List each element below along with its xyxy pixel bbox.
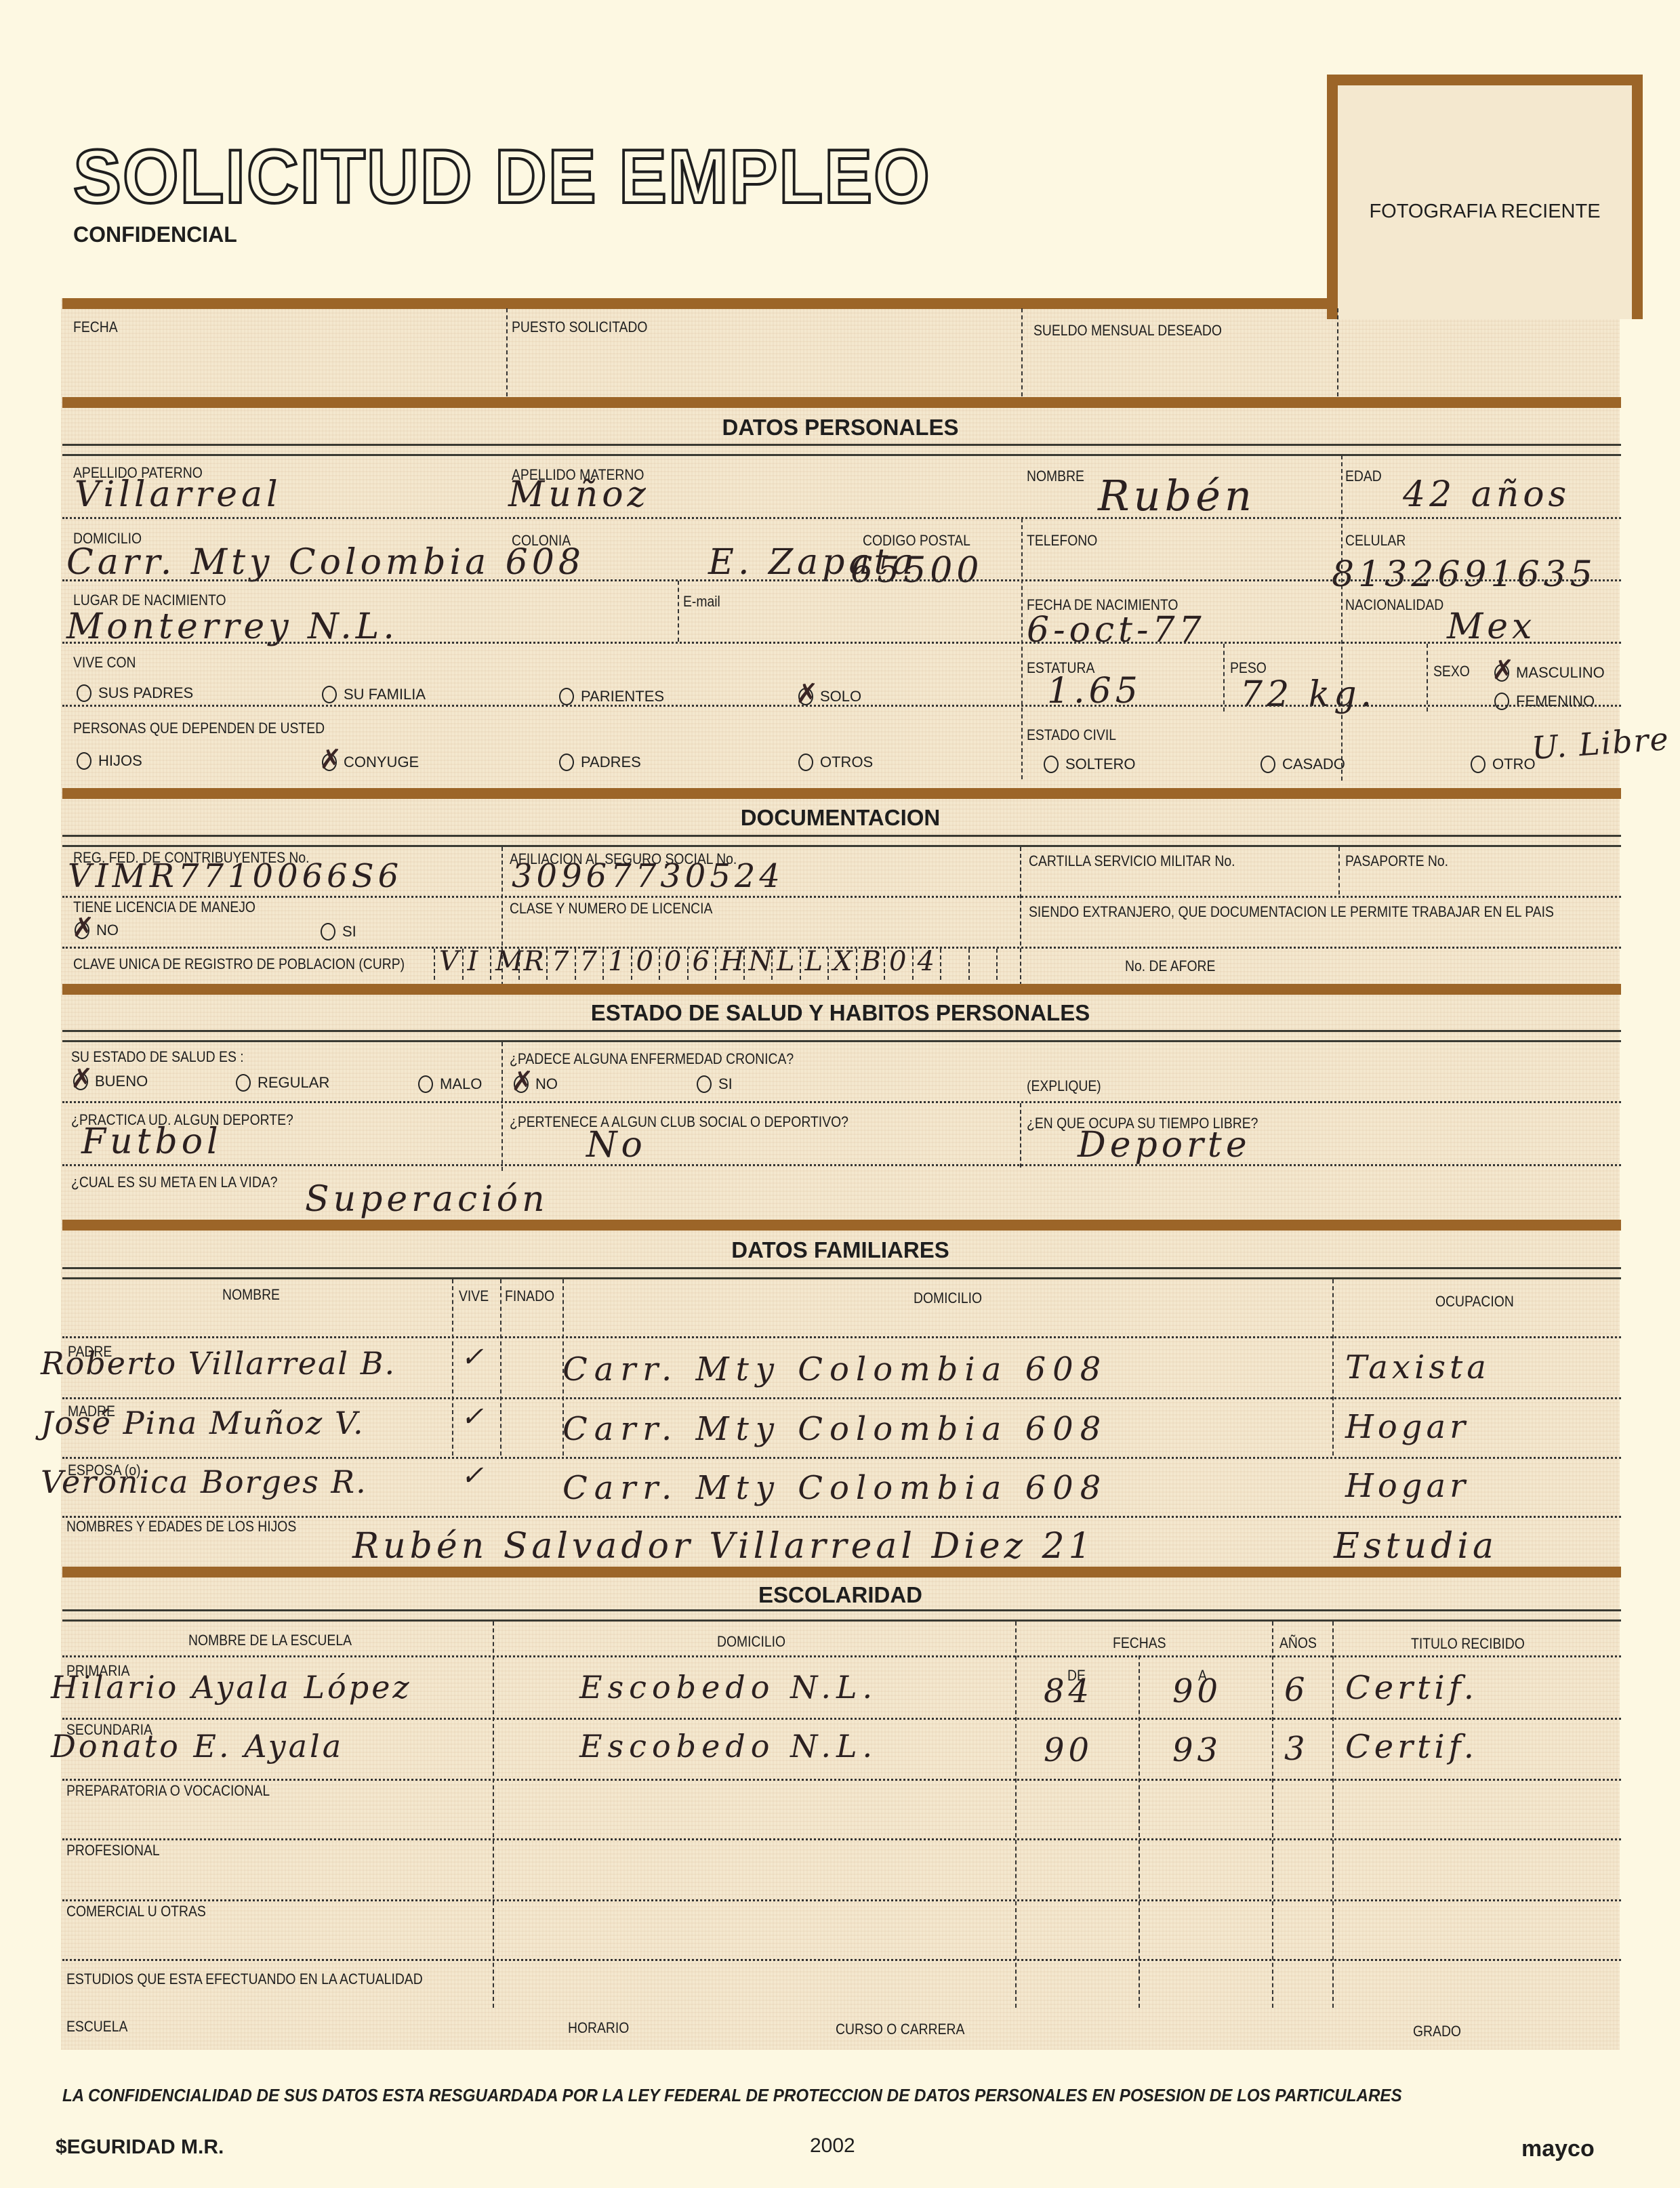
rule	[62, 1397, 1621, 1399]
hijos-label: NOMBRES Y EDADES DE LOS HIJOS	[66, 1518, 296, 1535]
familiar-nombre[interactable]: Roberto Villarreal B.	[41, 1345, 396, 1382]
radio-circle	[798, 754, 813, 771]
familiar-vive[interactable]: ✓	[461, 1401, 488, 1432]
divider	[678, 581, 679, 642]
pasaporte-label: PASAPORTE No.	[1345, 852, 1448, 870]
radio-casado[interactable]: CASADO	[1261, 756, 1345, 773]
band	[62, 788, 1621, 799]
rule	[62, 1164, 1621, 1166]
club-label: ¿PERTENECE A ALGUN CLUB SOCIAL O DEPORTI…	[510, 1113, 848, 1131]
estado-civil-label: ESTADO CIVIL	[1027, 726, 1116, 744]
curp-char: L	[777, 946, 795, 977]
curp-char: X	[833, 946, 852, 977]
colonia-label: COLONIA	[512, 532, 571, 550]
curp-cell[interactable]: N	[743, 949, 772, 980]
edad-label: EDAD	[1345, 468, 1382, 485]
radio-bueno[interactable]: BUENO	[73, 1073, 148, 1090]
extranjero-label: SIENDO EXTRANJERO, QUE DOCUMENTACION LE …	[1029, 903, 1554, 921]
col-domicilio: DOMICILIO	[914, 1289, 982, 1307]
divider	[452, 1279, 453, 1456]
radio-masculino[interactable]: MASCULINO	[1494, 664, 1605, 682]
apellido-materno-value[interactable]: Muñoz	[508, 474, 650, 515]
radio-label: REGULAR	[258, 1074, 329, 1092]
curp-char: 0	[889, 946, 906, 977]
divider	[1020, 1103, 1021, 1168]
confidentiality-notice: LA CONFIDENCIALIDAD DE SUS DATOS ESTA RE…	[62, 2085, 1402, 2106]
curp-cell[interactable]: 1	[602, 949, 631, 980]
divider	[1272, 1622, 1273, 2008]
titulo[interactable]: Certif.	[1345, 1669, 1478, 1707]
section-salud: ESTADO DE SALUD Y HABITOS PERSONALES	[61, 1000, 1620, 1026]
curp-char: 6	[693, 946, 710, 977]
deporte-value[interactable]: Futbol	[81, 1121, 222, 1162]
rule	[62, 1277, 1621, 1279]
fecha-a[interactable]: 90	[1172, 1672, 1222, 1710]
rule	[62, 835, 1621, 837]
familiar-domicilio[interactable]: Carr. Mty Colombia 608	[562, 1410, 1107, 1448]
radio-otros[interactable]: OTROS	[798, 754, 873, 771]
divider	[1332, 1279, 1334, 1456]
radio-enfermedad-si[interactable]: SI	[697, 1075, 733, 1093]
curp-cell[interactable]: I	[462, 949, 491, 980]
band-top	[62, 298, 1336, 309]
curp-cell[interactable]: R	[518, 949, 547, 980]
titulo[interactable]: Certif.	[1345, 1728, 1478, 1766]
radio-circle	[322, 686, 337, 703]
col-finado: FINADO	[505, 1287, 554, 1305]
radio-malo[interactable]: MALO	[418, 1075, 482, 1093]
rule	[62, 1959, 1621, 1961]
curp-cell[interactable]: M	[490, 949, 518, 980]
section-datos-personales: DATOS PERSONALES	[61, 415, 1620, 440]
celular-label: CELULAR	[1345, 532, 1406, 550]
nacionalidad-value[interactable]: Mex	[1447, 606, 1536, 647]
rule	[62, 1267, 1621, 1269]
divider	[1223, 644, 1225, 711]
rule	[62, 1101, 1621, 1103]
radio-licencia-no[interactable]: NO	[75, 922, 119, 939]
col-nombre: NOMBRE	[222, 1286, 280, 1304]
radio-parientes[interactable]: PARIENTES	[559, 688, 664, 705]
divider	[500, 1279, 501, 1456]
rule	[62, 1457, 1621, 1459]
rule	[62, 1838, 1621, 1840]
familiar-ocupacion[interactable]: Hogar	[1345, 1467, 1469, 1505]
vive-con-label: VIVE CON	[73, 654, 136, 672]
col-vive: VIVE	[459, 1287, 489, 1305]
radio-label: FEMENINO	[1516, 693, 1595, 710]
fecha-de[interactable]: 84	[1044, 1672, 1093, 1710]
curp-cell[interactable]	[968, 949, 997, 980]
radio-label: OTRO	[1492, 756, 1536, 773]
radio-circle-checked	[73, 1073, 88, 1090]
actual-label: ESTUDIOS QUE ESTA EFECTUANDO EN LA ACTUA…	[66, 1970, 423, 1988]
divider	[1427, 644, 1428, 711]
radio-label: NO	[535, 1075, 558, 1093]
radio-label: BUENO	[95, 1073, 148, 1090]
curp-char: 0	[636, 946, 653, 977]
radio-label: PARIENTES	[581, 688, 664, 705]
curp-char: N	[749, 946, 773, 977]
edad-value[interactable]: 42 años	[1403, 474, 1570, 515]
level-label: PREPARATORIA O VOCACIONAL	[66, 1782, 270, 1800]
fecha-de[interactable]: 90	[1044, 1731, 1093, 1769]
codigo-postal-value[interactable]: 65500	[851, 550, 983, 591]
rule	[62, 642, 1621, 644]
curp-cell[interactable]: B	[856, 949, 884, 980]
curp-cell[interactable]: H	[715, 949, 743, 980]
familiar-domicilio[interactable]: Carr. Mty Colombia 608	[562, 1469, 1107, 1507]
photo-label: FOTOGRAFIA RECIENTE	[1338, 201, 1632, 223]
estado-salud-label: SU ESTADO DE SALUD ES :	[71, 1048, 244, 1066]
radio-licencia-si[interactable]: SI	[321, 923, 356, 941]
fecha-label: FECHA	[73, 318, 118, 336]
nacionalidad-label: NACIONALIDAD	[1345, 596, 1443, 614]
curp-char: H	[720, 946, 744, 977]
radio-femenino[interactable]: FEMENINO	[1494, 693, 1595, 710]
curp-char: V	[439, 946, 459, 977]
explique-label: (EXPLIQUE)	[1027, 1077, 1101, 1095]
escuela-domicilio[interactable]: Escobedo N.L.	[579, 1669, 878, 1706]
escuela-domicilio[interactable]: Escobedo N.L.	[579, 1728, 878, 1764]
curp-label: CLAVE UNICA DE REGISTRO DE POBLACION (CU…	[73, 955, 405, 973]
curp-char: 4	[918, 946, 935, 977]
licencia-label: TIENE LICENCIA DE MANEJO	[73, 899, 255, 916]
col-fechas: FECHAS	[1113, 1634, 1166, 1652]
divider	[1015, 1622, 1017, 2008]
radio-circle	[321, 923, 335, 941]
rule	[62, 1718, 1621, 1720]
rfc-value[interactable]: VIMR7710066S6	[68, 857, 403, 895]
radio-label: CASADO	[1282, 756, 1345, 773]
radio-circle	[77, 684, 91, 702]
radio-label: HIJOS	[98, 752, 142, 770]
section-escolaridad: ESCOLARIDAD	[61, 1582, 1620, 1608]
radio-label: SU FAMILIA	[344, 686, 426, 703]
curp-char: 7	[580, 946, 597, 977]
section-familiares: DATOS FAMILIARES	[61, 1237, 1620, 1263]
escuela-nombre[interactable]: Donato E. Ayala	[51, 1728, 344, 1764]
actual-grado[interactable]: GRADO	[1413, 2023, 1461, 2040]
radio-enfermedad-no[interactable]: NO	[514, 1075, 558, 1093]
radio-circle	[1261, 756, 1275, 773]
radio-circle	[559, 688, 574, 705]
fecha-nacimiento-value[interactable]: 6-oct-77	[1027, 610, 1206, 651]
curp-char: R	[524, 946, 544, 977]
anos[interactable]: 6	[1284, 1671, 1309, 1709]
radio-label: CONYUGE	[344, 754, 419, 771]
clase-licencia-label: CLASE Y NUMERO DE LICENCIA	[510, 900, 712, 917]
col-titulo: TITULO RECIBIDO	[1411, 1635, 1525, 1653]
radio-padres[interactable]: PADRES	[559, 754, 641, 771]
curp-char: L	[805, 946, 823, 977]
radio-circle	[1044, 756, 1059, 773]
familiar-vive[interactable]: ✓	[461, 1342, 488, 1373]
dependientes-label: PERSONAS QUE DEPENDEN DE USTED	[73, 720, 325, 737]
divider	[1021, 308, 1023, 396]
divider	[1139, 1655, 1140, 2008]
col-anos: AÑOS	[1279, 1634, 1317, 1652]
familiar-nombre[interactable]: Veronica Borges R.	[41, 1464, 367, 1500]
rule	[62, 517, 1621, 519]
radio-otro[interactable]: OTRO	[1471, 756, 1536, 773]
col-ocupacion: OCUPACION	[1435, 1293, 1514, 1310]
radio-label: SUS PADRES	[98, 684, 193, 702]
radio-su-familia[interactable]: SU FAMILIA	[322, 686, 426, 703]
level-label: COMERCIAL U OTRAS	[66, 1903, 206, 1920]
curp-cell[interactable]: X	[827, 949, 856, 980]
familiar-ocupacion[interactable]: Taxista	[1345, 1348, 1490, 1386]
hijos-ocupacion-value[interactable]: Estudia	[1334, 1526, 1498, 1567]
radio-label: PADRES	[581, 754, 641, 771]
curp-cell[interactable]: 4	[912, 949, 941, 980]
rule	[62, 1899, 1621, 1901]
actual-horario[interactable]: HORARIO	[568, 2019, 629, 2037]
col-escuela: NOMBRE DE LA ESCUELA	[188, 1632, 352, 1649]
rule	[62, 1655, 1621, 1657]
radio-circle	[1471, 756, 1486, 773]
section-documentacion: DOCUMENTACION	[61, 805, 1620, 831]
meta-value[interactable]: Superación	[305, 1179, 549, 1220]
radio-label: MALO	[440, 1075, 482, 1093]
curp-cell[interactable]	[996, 949, 1025, 980]
level-label: PROFESIONAL	[66, 1842, 160, 1859]
divider	[501, 1042, 503, 1171]
radio-regular[interactable]: REGULAR	[236, 1074, 329, 1092]
divider	[506, 308, 508, 396]
radio-circle	[1494, 693, 1509, 710]
radio-label: OTROS	[820, 754, 873, 771]
band	[62, 397, 1621, 408]
rule	[62, 1030, 1621, 1032]
band	[62, 1220, 1621, 1231]
curp-char: I	[468, 946, 478, 977]
radio-circle-checked	[798, 688, 813, 705]
form-code: 2002	[810, 2134, 855, 2158]
codigo-postal-label: CODIGO POSTAL	[863, 532, 970, 550]
band	[62, 1567, 1621, 1577]
radio-hijos[interactable]: HIJOS	[77, 752, 142, 770]
divider	[1341, 455, 1343, 781]
curp-cell[interactable]: L	[771, 949, 800, 980]
celular-value[interactable]: 8132691635	[1332, 554, 1597, 595]
radio-circle	[236, 1074, 251, 1092]
rule	[62, 845, 1621, 847]
curp-cell[interactable]	[940, 949, 968, 980]
actual-curso[interactable]: CURSO O CARRERA	[836, 2021, 964, 2038]
divider	[1332, 1622, 1334, 2008]
nombre-label: NOMBRE	[1027, 468, 1084, 485]
curp-cell[interactable]: L	[800, 949, 828, 980]
rule	[62, 1336, 1621, 1338]
meta-label: ¿CUAL ES SU META EN LA VIDA?	[71, 1174, 277, 1191]
radio-circle	[697, 1075, 712, 1093]
curp-cell[interactable]: 6	[687, 949, 716, 980]
lugar-nacimiento-value[interactable]: Monterrey N.L.	[66, 606, 398, 647]
radio-label: SI	[342, 923, 356, 941]
radio-circle	[77, 752, 91, 770]
puesto-label: PUESTO SOLICITADO	[512, 318, 647, 336]
familiar-ocupacion[interactable]: Hogar	[1345, 1408, 1469, 1446]
radio-circle	[418, 1075, 433, 1093]
radio-label: MASCULINO	[1516, 664, 1605, 682]
domicilio-value[interactable]: Carr. Mty Colombia 608	[66, 542, 585, 583]
rule	[62, 1619, 1621, 1622]
radio-circle-checked	[1494, 664, 1509, 682]
band	[62, 984, 1621, 995]
rule	[62, 1040, 1621, 1042]
apellido-paterno-value[interactable]: Villarreal	[75, 474, 282, 515]
hijos-value[interactable]: Rubén Salvador Villarreal Diez 21	[352, 1526, 1095, 1567]
peso-value[interactable]: 72 kg.	[1240, 674, 1376, 715]
curp-cell[interactable]: 0	[659, 949, 687, 980]
radio-label: SOLO	[820, 688, 861, 705]
curp-char: 0	[664, 946, 681, 977]
cartilla-label: CARTILLA SERVICIO MILITAR No.	[1029, 852, 1235, 870]
radio-label: SOLTERO	[1065, 756, 1136, 773]
tiempo-libre-value[interactable]: Deporte	[1078, 1125, 1251, 1165]
radio-circle-checked	[514, 1075, 529, 1093]
divider	[1337, 308, 1338, 396]
form-title: SOLICITUD DE EMPLEO	[73, 139, 931, 215]
afore-label: No. DE AFORE	[1125, 957, 1215, 975]
escuela-nombre[interactable]: Hilario Ayala López	[51, 1669, 412, 1706]
curp-cell[interactable]: 0	[884, 949, 912, 980]
curp-char: 1	[608, 946, 625, 977]
radio-label: NO	[96, 922, 119, 939]
rule	[62, 1609, 1621, 1611]
rule	[62, 579, 1621, 581]
divider	[1338, 847, 1340, 894]
curp-char: B	[861, 946, 881, 977]
curp-char: 7	[552, 946, 569, 977]
rule	[62, 444, 1621, 446]
enfermedad-label: ¿PADECE ALGUNA ENFERMEDAD CRONICA?	[510, 1050, 794, 1068]
club-value[interactable]: No	[586, 1125, 647, 1165]
familiar-vive[interactable]: ✓	[461, 1460, 488, 1491]
sexo-label: SEXO	[1433, 663, 1470, 680]
fecha-a[interactable]: 93	[1172, 1731, 1222, 1769]
col-esc-domicilio: DOMICILIO	[717, 1633, 785, 1651]
rule	[62, 1779, 1621, 1781]
radio-circle-checked	[75, 922, 89, 939]
form-subtitle: CONFIDENCIAL	[73, 222, 237, 247]
telefono-label: TELEFONO	[1027, 532, 1097, 550]
curp-cell[interactable]: 0	[631, 949, 659, 980]
sueldo-label: SUELDO MENSUAL DESEADO	[1033, 322, 1222, 339]
radio-circle	[559, 754, 574, 771]
radio-solo[interactable]: SOLO	[798, 688, 861, 705]
curp-cell[interactable]: 7	[575, 949, 603, 980]
familiar-nombre[interactable]: José Pina Muñoz V.	[41, 1405, 365, 1441]
rule	[62, 454, 1621, 456]
divider	[1021, 518, 1023, 779]
radio-sus-padres[interactable]: SUS PADRES	[77, 684, 193, 702]
anos[interactable]: 3	[1284, 1730, 1309, 1768]
rule	[62, 896, 1621, 898]
imss-value[interactable]: 30967730524	[512, 857, 784, 895]
photo-box: FOTOGRAFIA RECIENTE	[1327, 75, 1643, 319]
curp-cell[interactable]: V	[434, 949, 462, 980]
curp-cell[interactable]: 7	[546, 949, 575, 980]
brand-logo-seguridad: $EGURIDAD M.R.	[56, 2136, 224, 2159]
nombre-value[interactable]: Rubén	[1098, 471, 1256, 520]
email-label: E-mail	[683, 593, 720, 611]
divider	[493, 1622, 494, 2008]
actual-escuela[interactable]: ESCUELA	[66, 2018, 127, 2036]
radio-circle-checked	[322, 754, 337, 771]
brand-logo-mayco: mayco	[1521, 2136, 1595, 2162]
radio-label: SI	[718, 1075, 733, 1093]
rule	[62, 705, 1621, 707]
radio-conyuge[interactable]: CONYUGE	[322, 754, 419, 771]
familiar-domicilio[interactable]: Carr. Mty Colombia 608	[562, 1350, 1107, 1388]
radio-soltero[interactable]: SOLTERO	[1044, 756, 1136, 773]
